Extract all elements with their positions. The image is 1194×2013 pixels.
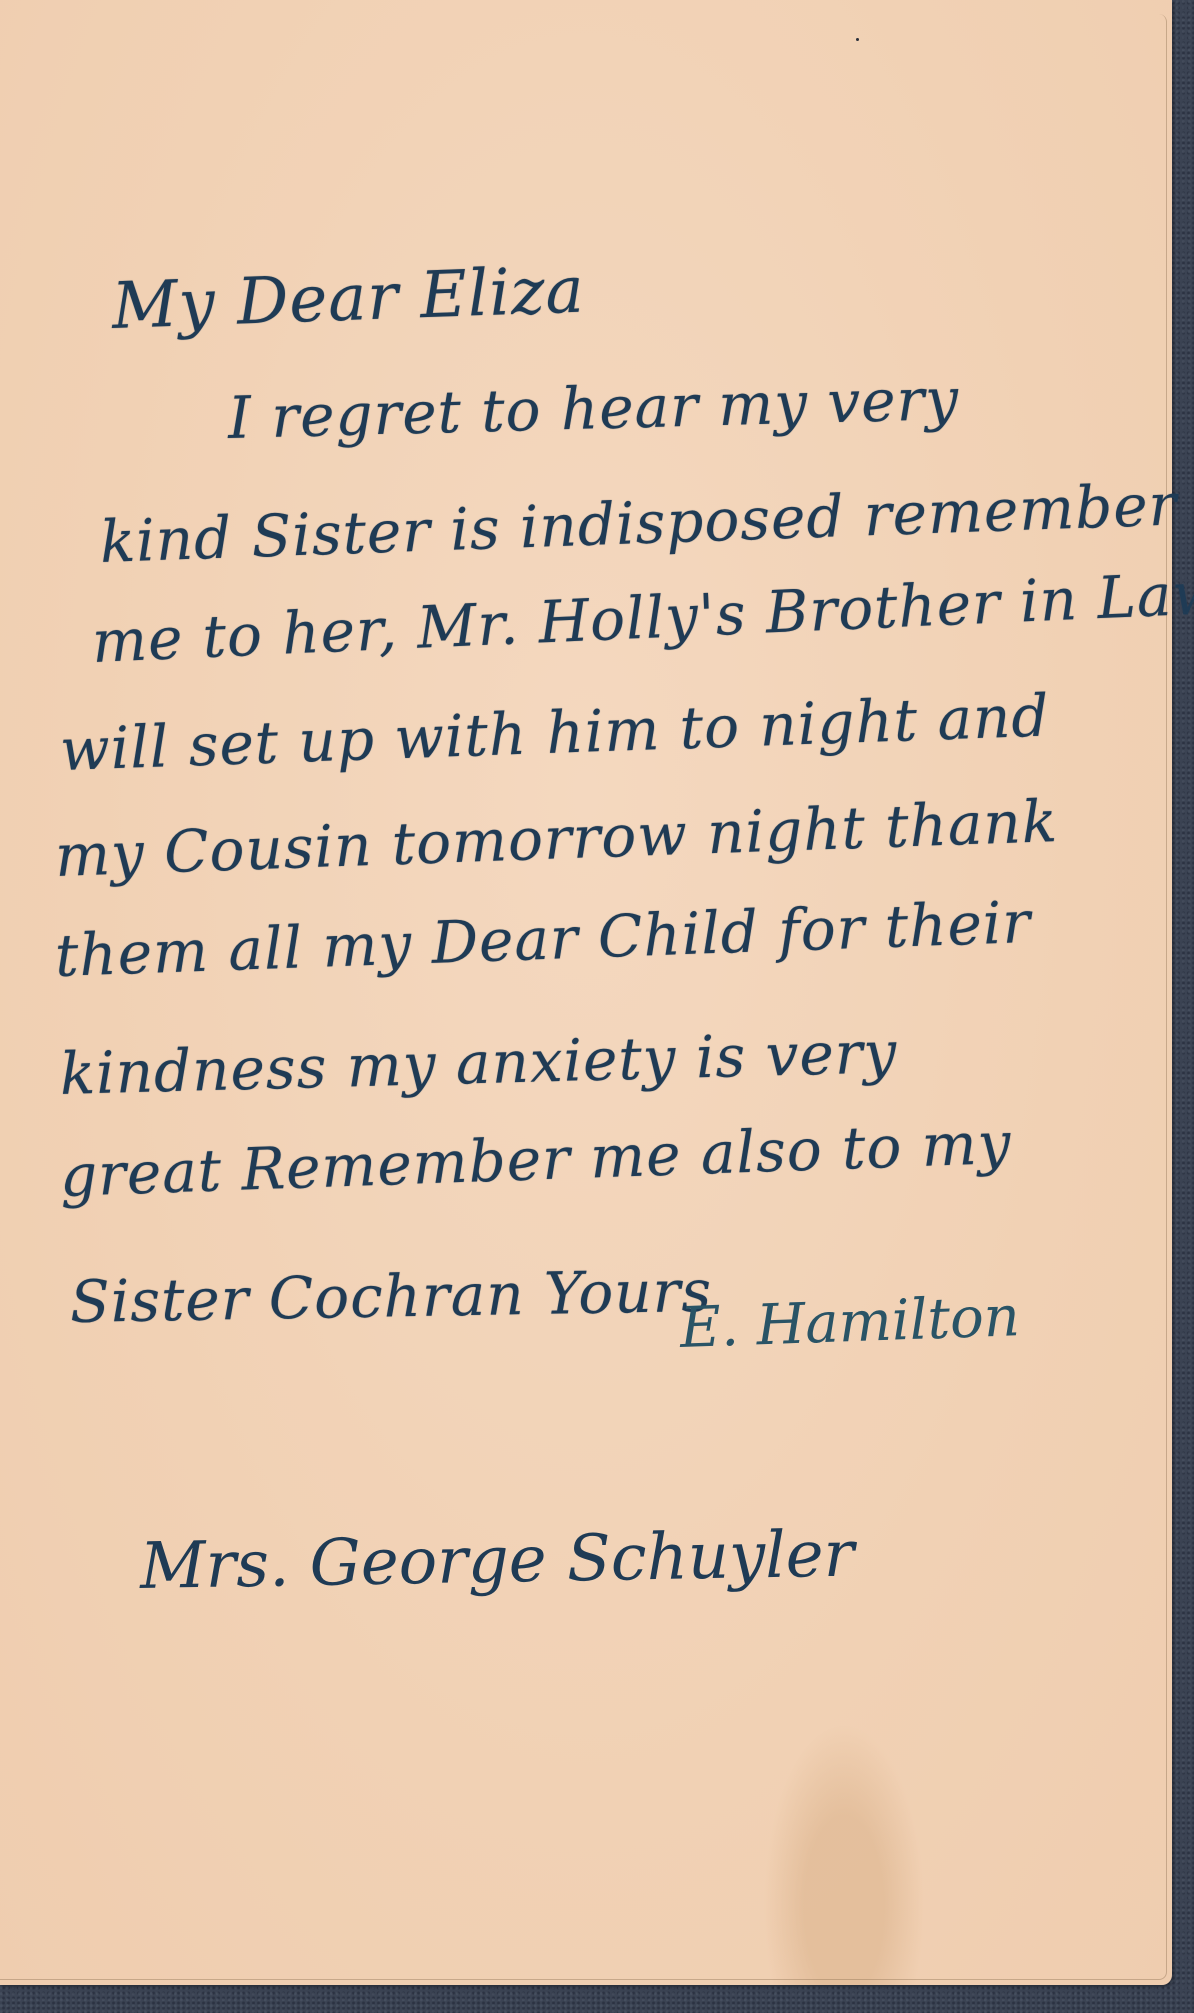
handwritten-letter: My Dear Eliza I regret to hear my very k… [0, 0, 1172, 1985]
letter-line-4: will set up with him to night and [59, 681, 1051, 784]
letter-line-5: my Cousin tomorrow night thank [54, 787, 1059, 890]
letter-line-1: I regret to hear my very [227, 365, 960, 452]
addressee: Mrs. George Schuyler [139, 1518, 854, 1604]
letter-line-6: them all my Dear Child for their [54, 888, 1032, 990]
letter-line-3: me to her, Mr. Holly's Brother in Law [91, 559, 1194, 676]
letter-line-2: kind Sister is indisposed remember [99, 470, 1179, 576]
salutation: My Dear Eliza [111, 254, 586, 344]
letter-line-7: kindness my anxiety is very [59, 1018, 898, 1108]
letter-line-8: great Remember me also to my [59, 1109, 1013, 1210]
letter-line-9: Sister Cochran Yours [69, 1257, 712, 1336]
signature: E. Hamilton [679, 1284, 1021, 1361]
